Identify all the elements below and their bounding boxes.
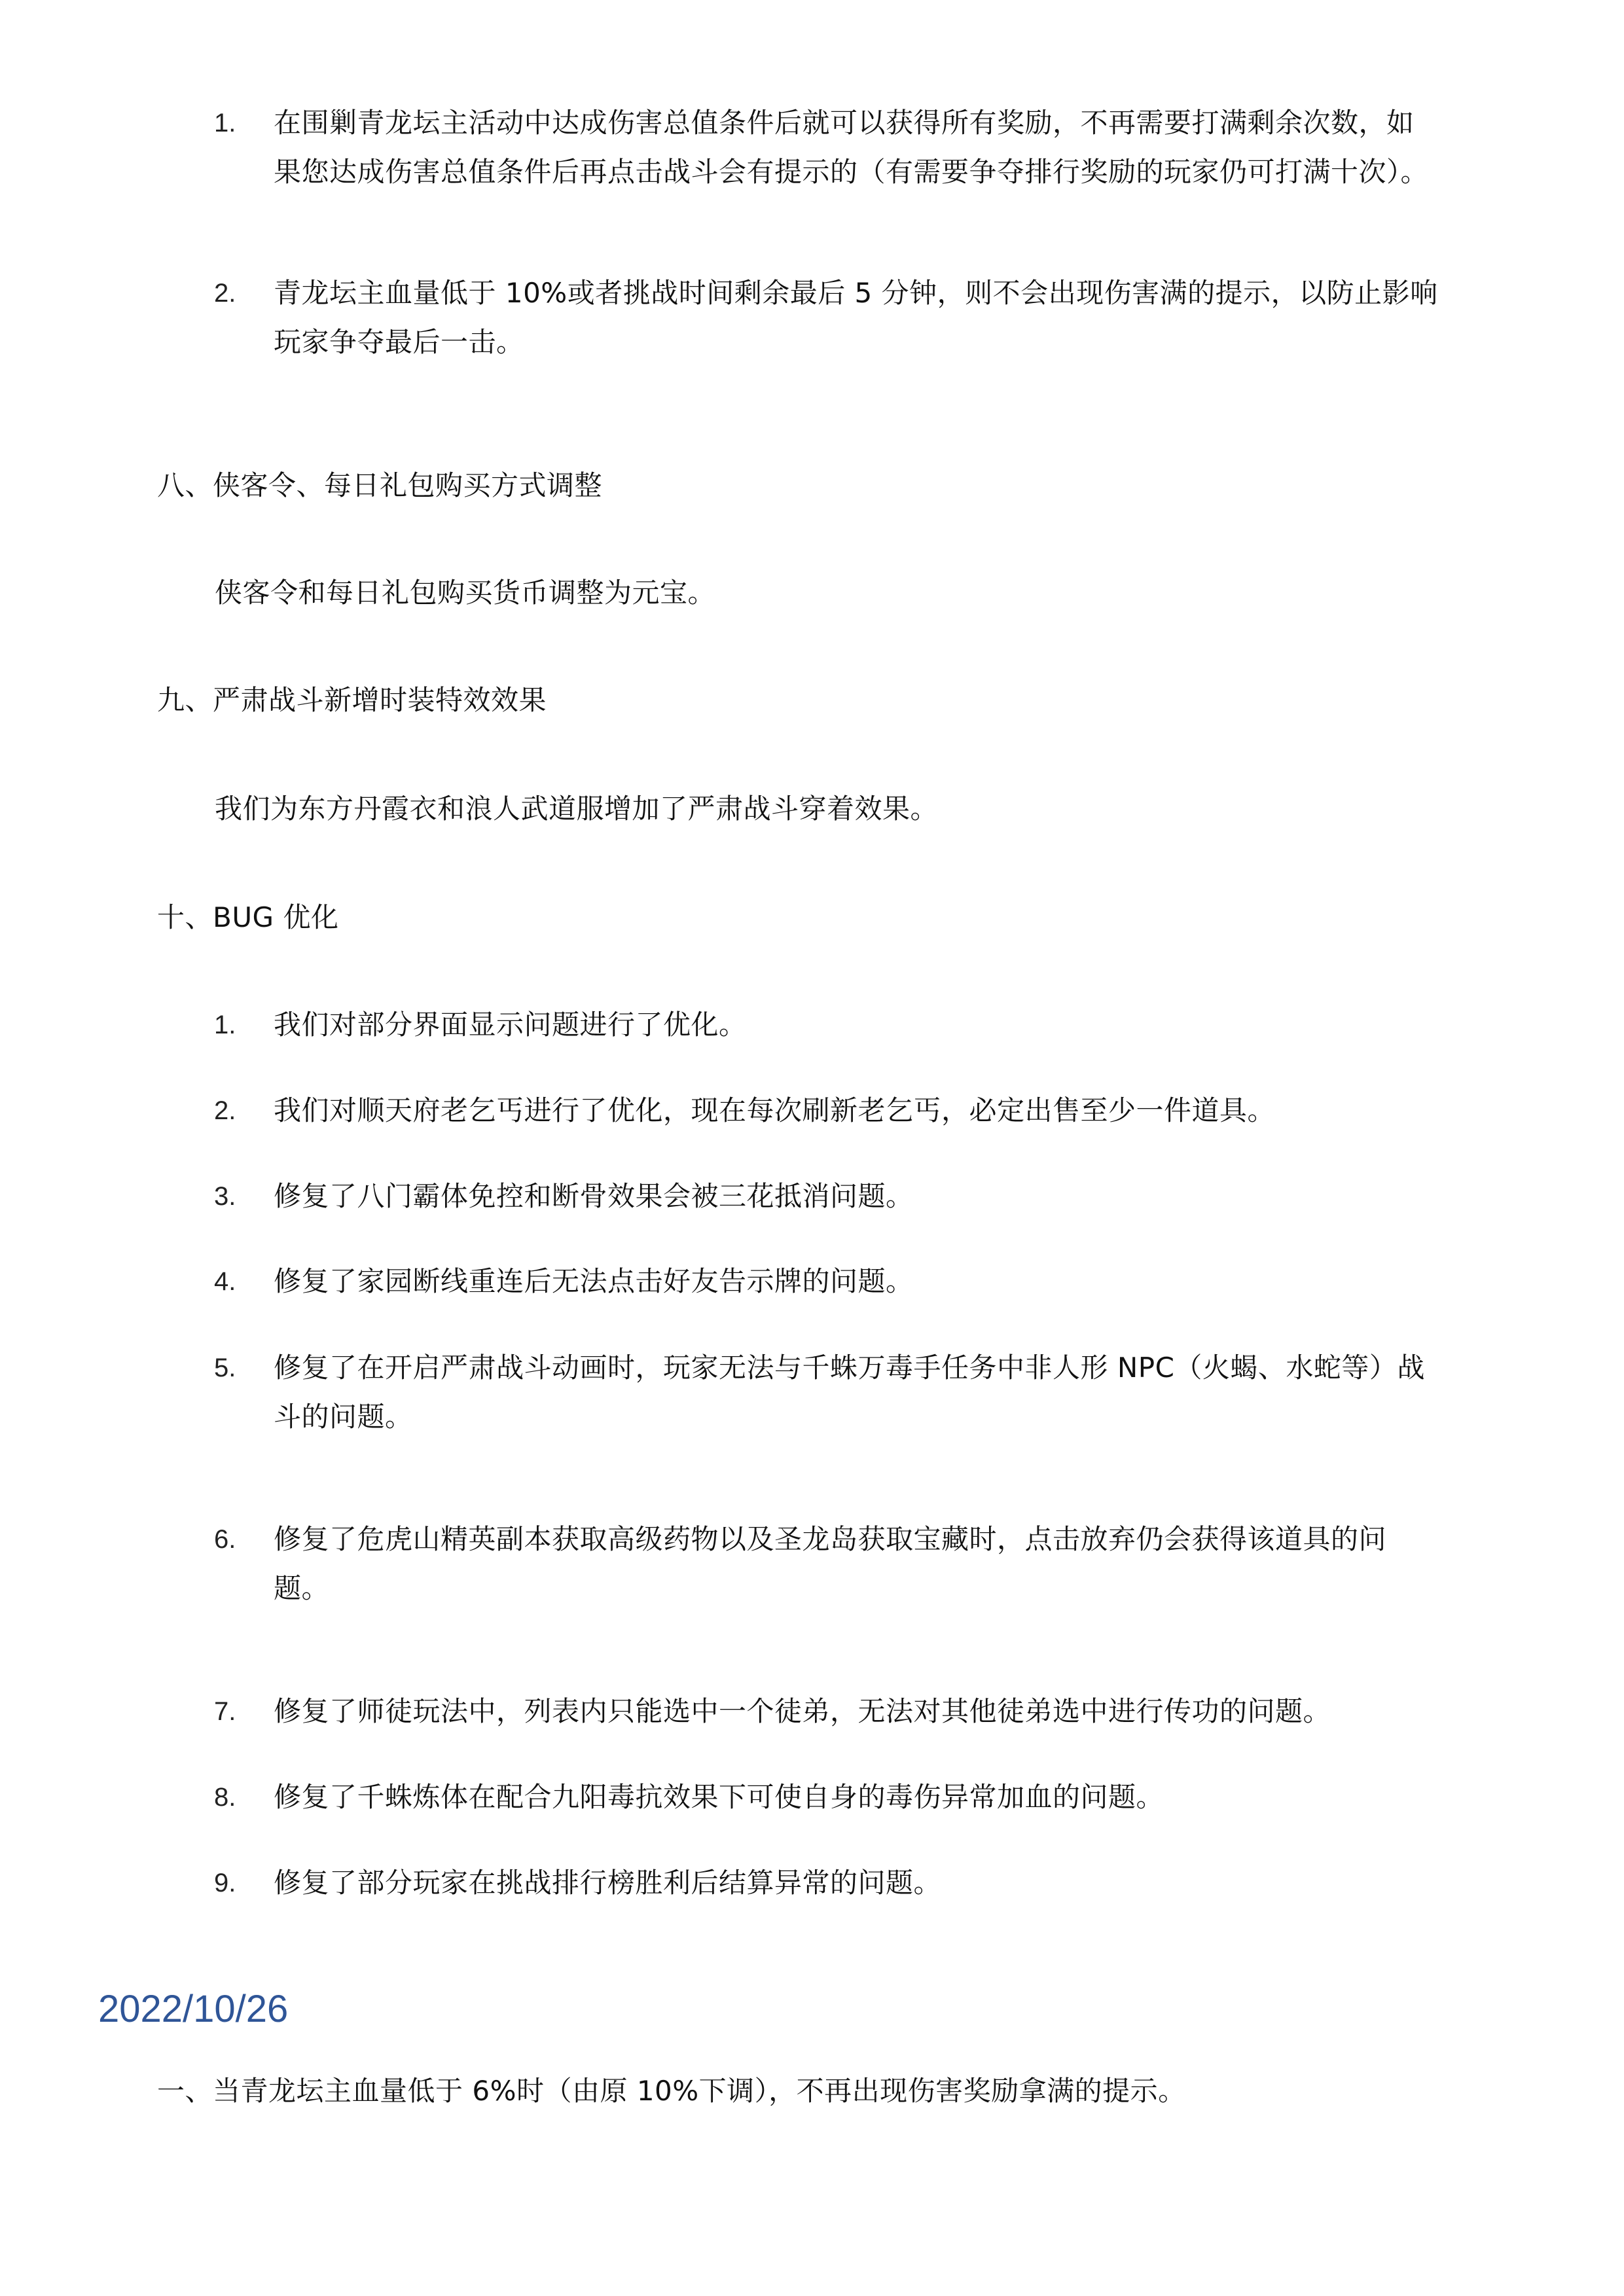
list-number: 3.	[214, 1177, 236, 1216]
list-number: 4.	[214, 1262, 236, 1301]
list-item-text: 玩家争夺最后一击。	[274, 323, 524, 362]
list-item-text: 修复了在开启严肃战斗动画时，玩家无法与千蛛万毒手任务中非人形 NPC（火蝎、水蛇…	[274, 1348, 1425, 1388]
list-item-text: 在围剿青龙坛主活动中达成伤害总值条件后就可以获得所有奖励，不再需要打满剩余次数，…	[274, 103, 1415, 143]
list-item-text: 果您达成伤害总值条件后再点击战斗会有提示的（有需要争夺排行奖励的玩家仍可打满十次…	[274, 152, 1428, 192]
list-item-text: 修复了危虎山精英副本获取高级药物以及圣龙岛获取宝藏时，点击放弃仍会获得该道具的问	[274, 1520, 1386, 1559]
list-item-text: 我们对顺天府老乞丐进行了优化，现在每次刷新老乞丐，必定出售至少一件道具。	[274, 1091, 1275, 1130]
list-item-text: 我们对部分界面显示问题进行了优化。	[274, 1005, 747, 1045]
list-item-text: 修复了部分玩家在挑战排行榜胜利后结算异常的问题。	[274, 1863, 941, 1903]
list-item-text: 修复了家园断线重连后无法点击好友告示牌的问题。	[274, 1262, 914, 1301]
list-number: 1.	[214, 103, 236, 143]
list-item-text: 修复了师徒玩法中，列表内只能选中一个徒弟，无法对其他徒弟选中进行传功的问题。	[274, 1692, 1331, 1731]
list-number: 2.	[214, 1091, 236, 1130]
date-heading: 2022/10/26	[98, 1983, 288, 2036]
section-body: 我们为东方丹霞衣和浪人武道服增加了严肃战斗穿着效果。	[215, 789, 938, 829]
list-number: 9.	[214, 1863, 236, 1903]
list-number: 1.	[214, 1005, 236, 1045]
list-number: 2.	[214, 274, 236, 313]
list-number: 5.	[214, 1348, 236, 1388]
section-heading: 十、BUG 优化	[157, 898, 338, 937]
list-item-text: 题。	[274, 1569, 329, 1608]
section-body: 侠客令和每日礼包购买货币调整为元宝。	[215, 573, 715, 613]
list-item-text: 青龙坛主血量低于 10%或者挑战时间剩余最后 5 分钟，则不会出现伤害满的提示，…	[274, 274, 1438, 313]
list-number: 6.	[214, 1520, 236, 1559]
section-heading: 九、严肃战斗新增时装特效效果	[157, 681, 547, 720]
list-number: 8.	[214, 1778, 236, 1817]
list-item-text: 修复了千蛛炼体在配合九阳毒抗效果下可使自身的毒伤异常加血的问题。	[274, 1778, 1164, 1817]
list-item-text: 修复了八门霸体免控和断骨效果会被三花抵消问题。	[274, 1177, 914, 1216]
section-heading: 八、侠客令、每日礼包购买方式调整	[157, 466, 602, 505]
date-section-item: 一、当青龙坛主血量低于 6%时（由原 10%下调），不再出现伤害奖励拿满的提示。	[157, 2072, 1186, 2111]
list-number: 7.	[214, 1692, 236, 1731]
list-item-text: 斗的问题。	[274, 1397, 413, 1437]
